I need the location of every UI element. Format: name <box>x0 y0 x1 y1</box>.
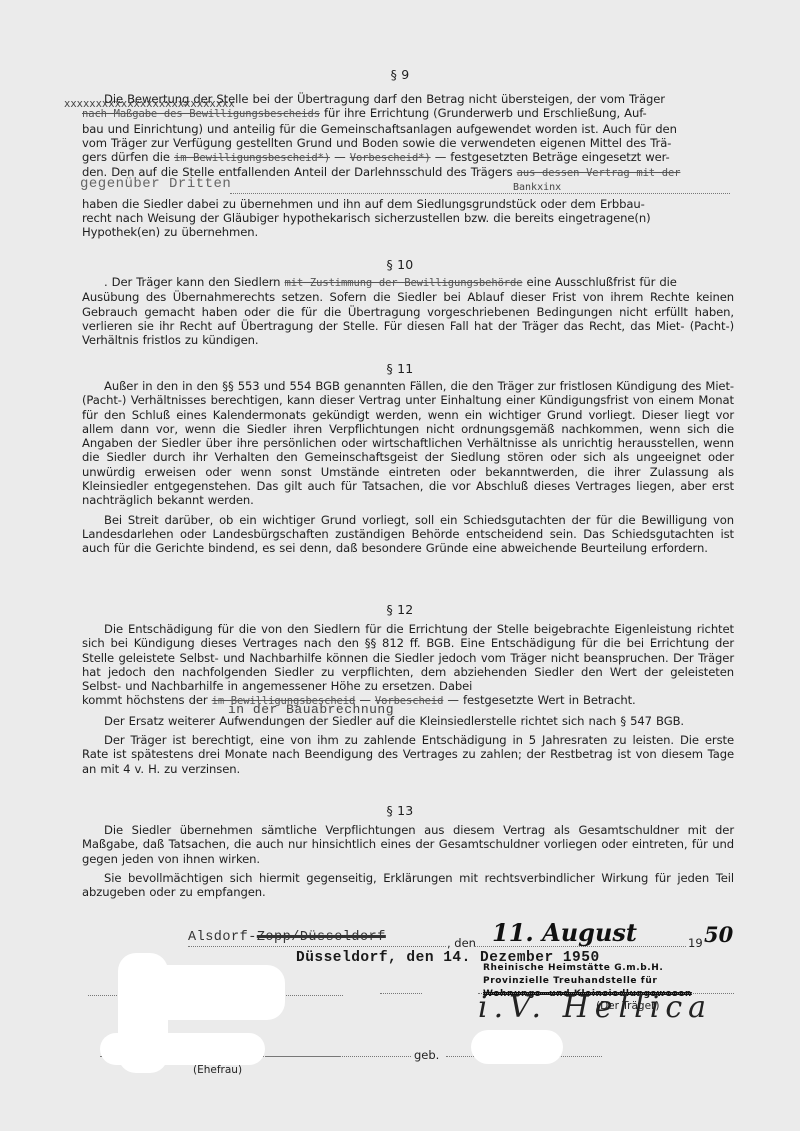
handwritten-year: 50 <box>704 922 733 947</box>
s10-line1: . Der Träger kann den Siedlern mit Zusti… <box>82 275 734 290</box>
s9-line8: recht nach Weisung der Gläubiger hypothe… <box>82 211 734 225</box>
s13-p2: Sie bevollmächtigen sich hiermit gegense… <box>82 871 734 900</box>
contract-page: § 9 Die Bewertung der Stelle bei der Übe… <box>0 0 800 1131</box>
s13-p1: Die Siedler übernehmen sämtliche Verpfli… <box>82 823 734 866</box>
s9-line9: Hypothek(en) zu übernehmen. <box>82 225 734 239</box>
s9-fill-dotted-line <box>230 193 730 194</box>
s12-p1: Die Entschädigung für die von den Siedle… <box>82 622 734 693</box>
s9-typed-fill-2: Bankxinx <box>513 182 561 193</box>
s10-rest: Ausübung des Übernahmerechts setzen. Sof… <box>82 290 734 347</box>
section-10-heading: § 10 <box>0 257 800 272</box>
place-typed: Alsdorf-Zopp/Düsseldorf <box>188 930 386 945</box>
s12-typed-insert: in der Bauabrechnung <box>228 702 394 717</box>
s12-p2: Der Ersatz weiterer Aufwendungen der Sie… <box>82 714 734 728</box>
section-11-heading: § 11 <box>0 361 800 376</box>
s9-line4: vom Träger zur Verfügung gestellten Grun… <box>82 136 734 150</box>
siedler-dotted-line-2 <box>380 993 422 994</box>
section-13-body: Die Siedler übernehmen sämtliche Verpfli… <box>82 823 734 899</box>
s11-p1: Außer in den in den §§ 553 und 554 BGB g… <box>82 379 734 508</box>
s9-overtype-xs: xxxxxxxxxxxxxxxxxxxxxxxxxxx <box>64 98 235 110</box>
s11-p2: Bei Streit darüber, ob ein wichtiger Gru… <box>82 513 734 556</box>
section-11-body: Außer in den in den §§ 553 und 554 BGB g… <box>82 379 734 556</box>
geb-label: geb. <box>414 1048 439 1062</box>
section-12-body: Die Entschädigung für die von den Siedle… <box>82 622 734 776</box>
traeger-signature: i.V. Hellica <box>478 990 712 1025</box>
s9-typed-fill: gegenüber Dritten <box>80 176 231 192</box>
ehefrau-dotted-line-2 <box>265 1056 411 1057</box>
s9-line7: haben die Siedler dabei zu übernehmen un… <box>82 197 734 211</box>
redaction-siedler-2 <box>135 965 285 1020</box>
section-9-heading: § 9 <box>0 67 800 82</box>
den-label: , den <box>447 936 476 950</box>
place-dotted-line <box>188 946 446 947</box>
s12-p3: Der Träger ist berechtigt, eine von ihm … <box>82 733 734 776</box>
redaction-ehefrau <box>100 1033 265 1065</box>
s9-struck-text: nach Maßgabe des Bewilligungsbescheids <box>82 108 320 120</box>
handwritten-date: 11. August <box>492 918 637 947</box>
section-10-body: . Der Träger kann den Siedlern mit Zusti… <box>82 275 734 347</box>
s9-line5: gers dürfen die im Bewilligungsbescheid*… <box>82 150 734 165</box>
s9-line3: bau und Einrichtung) und anteilig für di… <box>82 122 734 136</box>
stamp-line-2: Provinzielle Treuhandstelle für <box>483 975 692 988</box>
redaction-geb <box>471 1030 563 1064</box>
section-9-body: Die Bewertung der Stelle bei der Übertra… <box>82 92 734 240</box>
section-13-heading: § 13 <box>0 803 800 818</box>
s12-p1-last: kommt höchstens der im Bewilligungsbesch… <box>82 693 734 708</box>
stamp-line-1: Rheinische Heimstätte G.m.b.H. <box>483 962 692 975</box>
ehefrau-label: (Ehefrau) <box>193 1064 242 1076</box>
year-prefix: 19 <box>688 936 703 950</box>
section-12-heading: § 12 <box>0 602 800 617</box>
